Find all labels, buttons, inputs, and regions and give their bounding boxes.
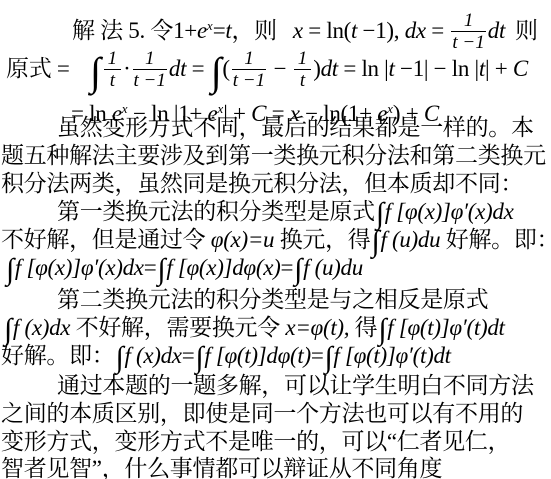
integral-sign: ∫: [294, 253, 302, 286]
integral-sign: ∫: [6, 253, 14, 286]
text-run: ·: [123, 56, 130, 81]
text-run: C: [513, 56, 528, 81]
text-run: 通过本题的一题多解，可以让学生明白不同方法: [57, 373, 534, 398]
text-run: =: [280, 255, 293, 280]
text-run: e: [197, 18, 207, 43]
text-run: 则: [515, 18, 538, 43]
integral-sign: ∫: [372, 225, 380, 258]
text-run: 不好解，需要换元令: [70, 315, 285, 340]
text-run: 积分法两类，虽然同是换元积分法，但本质却不同：: [1, 171, 523, 196]
line-para1-1: 虽然变形方式不同，最后的结果都是一样的。本: [57, 114, 534, 141]
text-run: 不好解，但是通过令: [1, 227, 211, 252]
integral-sign: ∫: [195, 341, 203, 374]
text-run: x=φ(t),: [285, 315, 349, 340]
text-run: 题五种解法主要涉及到第一类换元积分法和第二类换元: [1, 143, 546, 168]
text-run: = ln |: [338, 56, 389, 81]
fraction: 1t: [294, 48, 312, 92]
text-run: =: [426, 18, 450, 43]
text-run: f (x)dx: [124, 343, 181, 368]
text-run: 虽然变形方式不同，最后的结果都是一样的。本: [57, 115, 534, 140]
text-run: f [φ(x)]dφ(x): [166, 255, 280, 280]
text-run: =: [213, 18, 226, 43]
line-para4-1: 通过本题的一题多解，可以让学生明白不同方法: [57, 372, 534, 399]
line-para2-1: 第一类换元法的积分类型是原式∫f [φ(x)]φ′(x)dx: [57, 198, 514, 225]
line-para4-2: 之间的本质区别，即使是同一个方法也可以有不用的: [1, 400, 523, 427]
line-para2-2: 不好解，但是通过令 φ(x)=u 换元，得∫f (u)du 好解。即：: [1, 226, 551, 253]
text-run: φ(x)=u: [211, 227, 274, 252]
text-run: 好解。即：: [440, 227, 551, 252]
text-run: 得: [349, 315, 377, 340]
line-para4-4: 智者见智”，什么事情都可以辩证从不同角度: [1, 455, 442, 479]
integral-sign: ∫: [325, 341, 333, 374]
text-run: −1),: [357, 18, 405, 43]
text-run: 智者见智”，什么事情都可以辩证从不同角度: [1, 456, 442, 479]
text-run: =: [311, 343, 324, 368]
text-run: 1+: [173, 18, 197, 43]
text-run: f (u)du: [380, 227, 440, 252]
text-run: =: [186, 56, 210, 81]
text-run: ): [313, 56, 320, 81]
text-run: 换元，得: [274, 227, 370, 252]
line-original-expression: 原式 = ∫1t·1t −1dt = ∫(1t −1 − 1t)dt = ln …: [6, 48, 528, 92]
text-run: dx: [405, 18, 426, 43]
text-run: dt: [169, 56, 186, 81]
text-run: = ln(: [303, 18, 351, 43]
line-para4-3: 变形方式，变形方式不是唯一的，可以“仁者见仁，: [1, 428, 510, 455]
text-run: =: [144, 255, 157, 280]
fraction: 1t −1: [232, 48, 266, 92]
text-run: ，则: [231, 18, 276, 43]
text-run: −1| − ln |: [395, 56, 479, 81]
text-run: 解 法 5. 令: [72, 18, 173, 43]
text-run: f [φ(t)]φ′(t)dt: [333, 343, 450, 368]
text-run: 之间的本质区别，即使是同一个方法也可以有不用的: [1, 401, 523, 426]
line-para3-1: 第二类换元法的积分类型是与之相反是原式: [57, 286, 488, 313]
text-run: (: [222, 56, 229, 81]
text-run: −: [268, 56, 292, 81]
fraction: 1t: [104, 48, 122, 92]
line-para3-formula: 好解。即：∫f (x)dx=∫f [φ(t)]dφ(t)=∫f [φ(t)]φ′…: [1, 342, 451, 369]
text-run: dt: [321, 56, 338, 81]
text-run: f (x)dx: [13, 315, 70, 340]
text-run: dt: [488, 18, 505, 43]
integral-sign: ∫: [211, 49, 222, 94]
line-para3-2: ∫f (x)dx 不好解，需要换元令 x=φ(t), 得∫f [φ(t)]φ′(…: [3, 314, 505, 341]
integral-sign: ∫: [116, 341, 124, 374]
integral-sign: ∫: [90, 49, 101, 94]
document-page: 解 法 5. 令1+ex=t，则x = ln(t −1), dx = 1t −1…: [0, 0, 551, 479]
text-run: f [φ(t)]dφ(t): [204, 343, 311, 368]
fraction: 1t −1: [133, 48, 167, 92]
text-run: 好解。即：: [1, 343, 115, 368]
text-run: f (u)du: [303, 255, 363, 280]
text-run: 变形方式，变形方式不是唯一的，可以“仁者见仁，: [1, 429, 510, 454]
integral-sign: ∫: [157, 253, 165, 286]
text-run: 原式 =: [6, 56, 75, 81]
text-run: f [φ(x)]φ′(x)dx: [385, 199, 514, 224]
line-para1-2: 题五种解法主要涉及到第一类换元积分法和第二类换元: [1, 142, 546, 169]
line-para2-formula: ∫f [φ(x)]φ′(x)dx=∫f [φ(x)]dφ(x)=∫f (u)du: [5, 254, 363, 281]
text-run: f [φ(x)]φ′(x)dx: [15, 255, 144, 280]
text-run: =: [182, 343, 195, 368]
line-solution-step-header: 解 法 5. 令1+ex=t，则x = ln(t −1), dx = 1t −1…: [72, 10, 538, 54]
line-para1-3: 积分法两类，虽然同是换元积分法，但本质却不同：: [1, 170, 523, 197]
text-run: 第二类换元法的积分类型是与之相反是原式: [57, 287, 488, 312]
fraction: 1t −1: [451, 10, 485, 54]
text-run: 第一类换元法的积分类型是原式: [57, 199, 375, 224]
text-run: f [φ(t)]φ′(t)dt: [387, 315, 504, 340]
text-run: x: [293, 18, 303, 43]
text-run: | +: [485, 56, 513, 81]
